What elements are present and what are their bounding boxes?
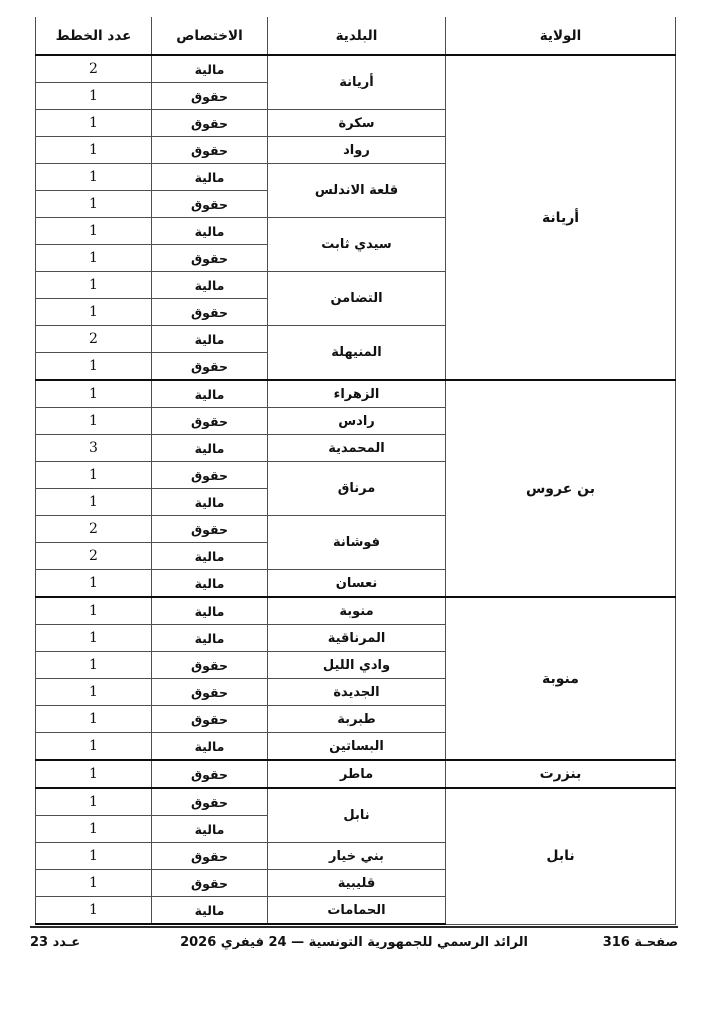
specialization-cell: مالية (152, 597, 268, 625)
gazette-page: الولايةالبلديةالاختصاصعدد الخطط أريانةأر… (0, 0, 707, 1024)
specialization-cell: مالية (152, 272, 268, 299)
municipality-cell: البساتين (268, 733, 446, 761)
municipality-cell: منوبة (268, 597, 446, 625)
specialization-cell: حقوق (152, 870, 268, 897)
municipality-cell: وادي الليل (268, 652, 446, 679)
municipality-cell: الزهراء (268, 380, 446, 408)
specialization-cell: مالية (152, 55, 268, 83)
municipality-cell: التضامن (268, 272, 446, 326)
column-header-2: الاختصاص (152, 17, 268, 55)
count-cell: 1 (36, 272, 152, 299)
specialization-cell: حقوق (152, 843, 268, 870)
count-cell: 1 (36, 245, 152, 272)
specialization-cell: مالية (152, 816, 268, 843)
specialization-cell: حقوق (152, 652, 268, 679)
count-cell: 1 (36, 733, 152, 761)
table-row: بن عروسالزهراءمالية1 (36, 380, 676, 408)
municipality-cell: المنيهلة (268, 326, 446, 381)
municipality-cell: أريانة (268, 55, 446, 110)
specialization-cell: مالية (152, 218, 268, 245)
count-cell: 1 (36, 843, 152, 870)
table-header-row: الولايةالبلديةالاختصاصعدد الخطط (36, 17, 676, 55)
count-cell: 1 (36, 597, 152, 625)
municipality-cell: رادس (268, 408, 446, 435)
municipality-cell: المرناقية (268, 625, 446, 652)
journal-title-line: الرائد الرسمي للجمهورية التونسية — 24 في… (140, 935, 568, 950)
specialization-cell: مالية (152, 489, 268, 516)
specialization-cell: مالية (152, 543, 268, 570)
specialization-cell: مالية (152, 897, 268, 925)
specialization-cell: حقوق (152, 110, 268, 137)
specialization-cell: حقوق (152, 706, 268, 733)
municipality-cell: بني خيار (268, 843, 446, 870)
municipality-cell: ماطر (268, 760, 446, 788)
count-cell: 1 (36, 191, 152, 218)
specialization-cell: مالية (152, 570, 268, 598)
column-header-3: عدد الخطط (36, 17, 152, 55)
specialization-cell: حقوق (152, 353, 268, 381)
specialization-cell: مالية (152, 326, 268, 353)
governorate-cell: بن عروس (446, 380, 676, 597)
table-body: أريانةأريانةمالية2حقوق1سكرةحقوق1روادحقوق… (36, 55, 676, 924)
municipality-cell: طبربة (268, 706, 446, 733)
count-cell: 1 (36, 788, 152, 816)
governorate-cell: نابل (446, 788, 676, 924)
municipality-cell: سكرة (268, 110, 446, 137)
municipality-cell: نابل (268, 788, 446, 843)
count-cell: 1 (36, 897, 152, 925)
municipality-cell: قلعة الاندلس (268, 164, 446, 218)
count-cell: 1 (36, 570, 152, 598)
count-cell: 2 (36, 55, 152, 83)
table-row: بنزرتماطرحقوق1 (36, 760, 676, 788)
count-cell: 1 (36, 760, 152, 788)
table-row: نابلنابلحقوق1 (36, 788, 676, 816)
count-cell: 1 (36, 299, 152, 326)
table-row: منوبةمنوبةمالية1 (36, 597, 676, 625)
specialization-cell: مالية (152, 164, 268, 191)
specialization-cell: حقوق (152, 788, 268, 816)
count-cell: 1 (36, 353, 152, 381)
count-cell: 2 (36, 326, 152, 353)
specialization-cell: مالية (152, 733, 268, 761)
issue-number-label: عـدد 23 (30, 935, 140, 950)
municipality-cell: قليبية (268, 870, 446, 897)
count-cell: 1 (36, 816, 152, 843)
specialization-cell: حقوق (152, 408, 268, 435)
count-cell: 3 (36, 435, 152, 462)
count-cell: 1 (36, 380, 152, 408)
count-cell: 1 (36, 408, 152, 435)
count-cell: 1 (36, 870, 152, 897)
count-cell: 1 (36, 218, 152, 245)
count-cell: 1 (36, 625, 152, 652)
column-header-1: البلدية (268, 17, 446, 55)
specialization-cell: حقوق (152, 137, 268, 164)
specialization-cell: مالية (152, 435, 268, 462)
count-cell: 1 (36, 462, 152, 489)
specialization-cell: مالية (152, 625, 268, 652)
specialization-cell: مالية (152, 380, 268, 408)
specialization-cell: حقوق (152, 462, 268, 489)
page-number-label: صفحـة 316 (568, 935, 678, 950)
page-footer: صفحـة 316 الرائد الرسمي للجمهورية التونس… (30, 926, 678, 950)
municipality-cell: الحمامات (268, 897, 446, 925)
municipality-cell: سيدي ثابت (268, 218, 446, 272)
municipality-cell: فوشانة (268, 516, 446, 570)
count-cell: 1 (36, 137, 152, 164)
municipality-cell: المحمدية (268, 435, 446, 462)
specialization-cell: حقوق (152, 191, 268, 218)
specialization-cell: حقوق (152, 760, 268, 788)
table-row: أريانةأريانةمالية2 (36, 55, 676, 83)
municipality-cell: الجديدة (268, 679, 446, 706)
specialization-cell: حقوق (152, 679, 268, 706)
specialization-cell: حقوق (152, 299, 268, 326)
specialization-cell: حقوق (152, 245, 268, 272)
governorate-cell: بنزرت (446, 760, 676, 788)
municipality-cell: مرناق (268, 462, 446, 516)
count-cell: 1 (36, 83, 152, 110)
governorate-cell: أريانة (446, 55, 676, 380)
count-cell: 1 (36, 652, 152, 679)
count-cell: 2 (36, 543, 152, 570)
count-cell: 1 (36, 679, 152, 706)
count-cell: 1 (36, 706, 152, 733)
count-cell: 1 (36, 489, 152, 516)
municipality-cell: نعسان (268, 570, 446, 598)
municipality-cell: رواد (268, 137, 446, 164)
specialization-cell: حقوق (152, 516, 268, 543)
count-cell: 1 (36, 110, 152, 137)
appointments-table: الولايةالبلديةالاختصاصعدد الخطط أريانةأر… (35, 17, 676, 925)
specialization-cell: حقوق (152, 83, 268, 110)
count-cell: 1 (36, 164, 152, 191)
count-cell: 2 (36, 516, 152, 543)
column-header-0: الولاية (446, 17, 676, 55)
governorate-cell: منوبة (446, 597, 676, 760)
